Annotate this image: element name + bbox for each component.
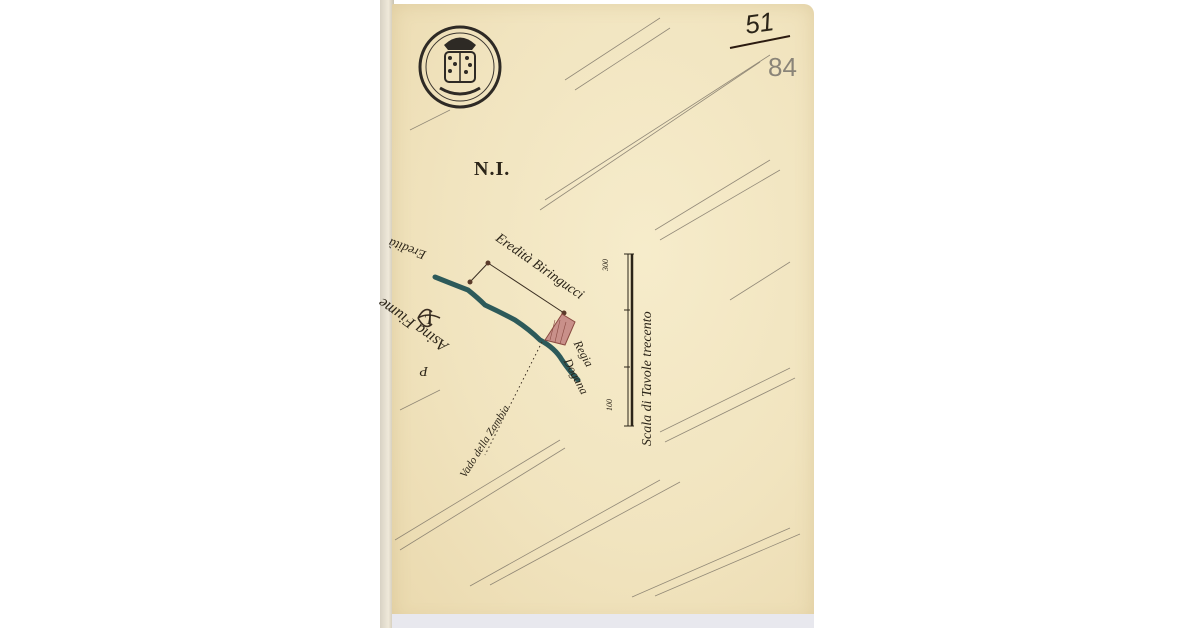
label-side-l: L (424, 310, 432, 326)
scale-tick-start: 100 (605, 399, 614, 411)
plate-number: N.I. (474, 158, 510, 181)
scale-bar (624, 254, 634, 426)
scale-title: Scala di Tavole trecento (640, 311, 656, 446)
folio-pencil-number: 84 (768, 52, 797, 83)
label-side-p: P (419, 362, 428, 378)
map-drawing (0, 0, 1200, 628)
scale-tick-end: 300 (601, 259, 610, 271)
seal-icon (420, 27, 500, 107)
folio-number: 51 (743, 6, 776, 41)
dogana-parcel (545, 314, 575, 345)
